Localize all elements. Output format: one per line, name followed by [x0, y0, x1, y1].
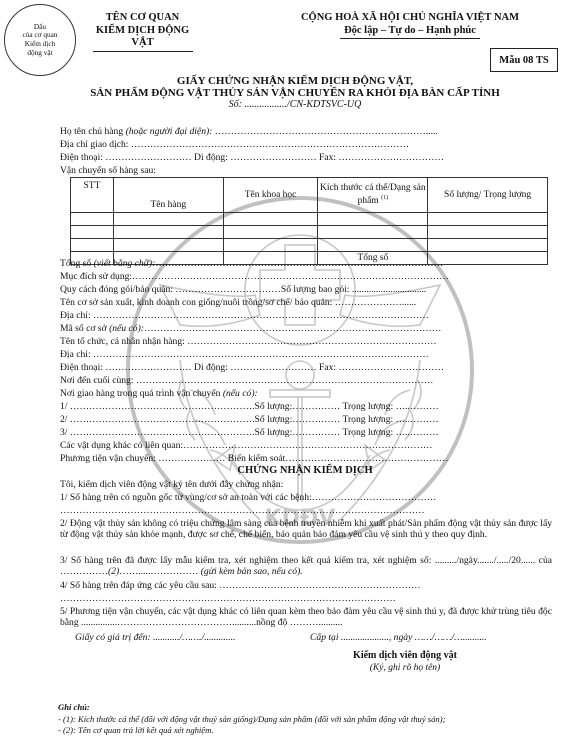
divider — [340, 38, 480, 39]
title-line1: GIẤY CHỨNG NHẬN KIỂM DỊCH ĐỘNG VẬT, — [40, 76, 550, 88]
delivery-point-1[interactable]: 1/ ………………………………………………….Số lượng:…………… Tr… — [60, 401, 439, 412]
agency-name-line2: KIỂM DỊCH ĐỘNG VẬT — [85, 25, 200, 50]
table-row — [71, 239, 548, 252]
table-header-row: STT Tên hàng Tên khoa học Kích thước cá … — [71, 178, 548, 213]
note-2: - (2): Tên cơ quan trả lời kết quả xét n… — [58, 725, 213, 736]
owner-name-field[interactable]: Họ tên chủ hàng (hoặc người đại diện): …… — [60, 126, 438, 137]
fill-dots: ………………………………………………………………………………… — [144, 323, 441, 334]
receiver-phone-field[interactable]: Điện thoại: ……………………… Di động: ………………………… — [60, 362, 444, 373]
goods-intro: Vận chuyển số hàng sau: — [60, 165, 156, 176]
goods-table: STT Tên hàng Tên khoa học Kích thước cá … — [70, 177, 548, 265]
table-cell[interactable] — [318, 226, 428, 239]
cert-item-5[interactable]: 5/ Phương tiện vận chuyển, các vật dụng … — [60, 606, 552, 629]
table-cell[interactable] — [428, 213, 548, 226]
table-cell[interactable] — [113, 213, 223, 226]
cert-item-1-cont[interactable]: …………………………………………………………………………………………………… — [60, 505, 425, 516]
facility-code-field[interactable]: Mã số cơ sở (nếu có):…………………………………………………… — [60, 323, 441, 334]
form-code-box: Mẫu 08 TS — [490, 48, 558, 72]
field-hint: (nếu có): — [223, 388, 258, 399]
certification-heading: CHỨNG NHẬN KIỂM DỊCH — [60, 465, 550, 476]
cert-item-4-cont[interactable]: …………………………………………………………………………………………… — [60, 593, 396, 604]
document-title: GIẤY CHỨNG NHẬN KIỂM DỊCH ĐỘNG VẬT, SẢN … — [40, 76, 550, 99]
national-motto: Độc lập – Tự do – Hạnh phúc — [290, 25, 530, 38]
cert-item-1[interactable]: 1/ Số hàng trên có nguồn gốc từ vùng/cơ … — [60, 492, 436, 503]
field-label: Tổng số — [60, 258, 91, 269]
table-cell[interactable] — [428, 226, 548, 239]
table-cell[interactable] — [71, 239, 114, 252]
table-row — [71, 213, 548, 226]
table-cell[interactable] — [113, 239, 223, 252]
table-cell[interactable] — [71, 226, 114, 239]
facility-name-field[interactable]: Tên cơ sở sản xuất, kinh doanh con giống… — [60, 297, 416, 308]
national-title: CỘNG HOÀ XÃ HỘI CHỦ NGHĨA VIỆT NAM — [290, 12, 530, 25]
divider — [93, 51, 193, 52]
stamp-line: động vật — [16, 49, 64, 58]
footnote-ref: (2) — [108, 566, 119, 577]
table-cell[interactable] — [223, 239, 318, 252]
table-cell[interactable] — [223, 226, 318, 239]
field-label: Nơi giao hàng trong quá trình vận chuyển — [60, 388, 220, 399]
signature-hint: (Ký, ghi rõ họ tên) — [330, 663, 480, 673]
certificate-number[interactable]: Số: ................./CN-KDTSVC-UQ — [40, 99, 550, 110]
agency-name-line1: TÊN CƠ QUAN — [85, 12, 200, 25]
destination-field[interactable]: Nơi đến cuối cùng: ………………………………………………………… — [60, 375, 433, 386]
total-in-words-field[interactable]: Tổng số (viết bằng chữ):…………………………………………… — [60, 258, 443, 269]
vehicle-field[interactable]: Phương tiện vận chuyển: ………………… Biển kiể… — [60, 453, 448, 464]
table-cell[interactable] — [113, 226, 223, 239]
field-hint: (gửi kèm bản sao, nếu có). — [201, 566, 303, 577]
issued-at-field[interactable]: Cấp tại ...................., ngày ……/……… — [310, 632, 487, 643]
receiver-field[interactable]: Tên tổ chức, cá nhân nhận hàng: ……………………… — [60, 336, 437, 347]
col-label: Kích thước cá thể/Dạng sản phẩm — [320, 183, 426, 207]
fill-dots: …………………………………………………………..... — [212, 126, 437, 137]
delivery-points-label: Nơi giao hàng trong quá trình vận chuyển… — [60, 388, 258, 399]
footnote-ref: (1) — [381, 195, 388, 201]
fill-dots: ……………………………………………………………………………… — [155, 258, 443, 269]
total-value[interactable] — [428, 252, 548, 265]
related-items-field[interactable]: Các vật dụng khác có liên quan:………………………… — [60, 440, 433, 451]
fill-dots: …….....…………… — [119, 566, 198, 577]
cert-item-3[interactable]: 3/ Số hàng trên đã được lấy mẫu kiểm tra… — [60, 555, 552, 578]
national-header: CỘNG HOÀ XÃ HỘI CHỦ NGHĨA VIỆT NAM Độc l… — [290, 12, 530, 39]
table-row — [71, 226, 548, 239]
agency-header: TÊN CƠ QUAN KIỂM DỊCH ĐỘNG VẬT — [85, 12, 200, 52]
delivery-point-3[interactable]: 3/ ………………………………………………….Số lượng:…………… Tr… — [60, 427, 439, 438]
certification-intro: Tôi, kiểm dịch viên động vật ký tên dưới… — [60, 479, 283, 490]
field-hint: (nếu có): — [109, 323, 144, 334]
col-quantity-weight: Số lượng/ Trọng lượng — [428, 178, 548, 213]
owner-address-field[interactable]: Địa chỉ giao dịch: ………………………………………………………… — [60, 139, 409, 150]
cert-item-2: 2/ Động vật thủy sản không có triệu chứn… — [60, 518, 552, 541]
facility-address-field[interactable]: Địa chỉ: …………………………………………………………………………………… — [60, 310, 429, 321]
signature-title: Kiểm dịch viên động vật — [330, 650, 480, 661]
table-cell[interactable] — [223, 213, 318, 226]
table-cell[interactable] — [428, 239, 548, 252]
note-1: - (1): Kích thước cá thể (đối với động v… — [58, 714, 445, 725]
stamp-placeholder: Dấu của cơ quan Kiểm dịch động vật — [4, 4, 76, 76]
field-hint: (hoặc người đại diện): — [126, 126, 213, 137]
purpose-field[interactable]: Mục đích sử dụng:……………………………………………………………… — [60, 271, 449, 282]
field-label: Mã số cơ sở — [60, 323, 107, 334]
table-cell[interactable] — [318, 239, 428, 252]
table-cell[interactable] — [71, 213, 114, 226]
receiver-address-field[interactable]: Địa chỉ: …………………………………………………………………………………… — [60, 349, 429, 360]
owner-phone-field[interactable]: Điện thoại: ……………………… Di động: ………………………… — [60, 152, 444, 163]
title-line2: SẢN PHẨM ĐỘNG VẬT THỦY SẢN VẬN CHUYỂN RA… — [40, 88, 550, 100]
valid-until-field[interactable]: Giấy có giá trị đến: .........../……./...… — [75, 632, 235, 643]
notes-heading: Ghi chú: — [58, 702, 90, 713]
delivery-point-2[interactable]: 2/ ………………………………………………….Số lượng:…………… Tr… — [60, 414, 439, 425]
field-hint: (viết bằng chữ): — [94, 258, 156, 269]
col-goods-name: Tên hàng — [113, 178, 223, 213]
col-size-form: Kích thước cá thể/Dạng sản phẩm (1) — [318, 178, 428, 213]
field-label: Họ tên chủ hàng — [60, 126, 123, 137]
table-cell[interactable] — [318, 213, 428, 226]
col-scientific-name: Tên khoa học — [223, 178, 318, 213]
cert-item-4[interactable]: 4/ Số hàng trên đáp ứng các yêu cầu sau:… — [60, 580, 421, 591]
col-stt: STT — [71, 178, 114, 213]
packing-field[interactable]: Quy cách đóng gói/bảo quản: ……………………………S… — [60, 284, 426, 295]
